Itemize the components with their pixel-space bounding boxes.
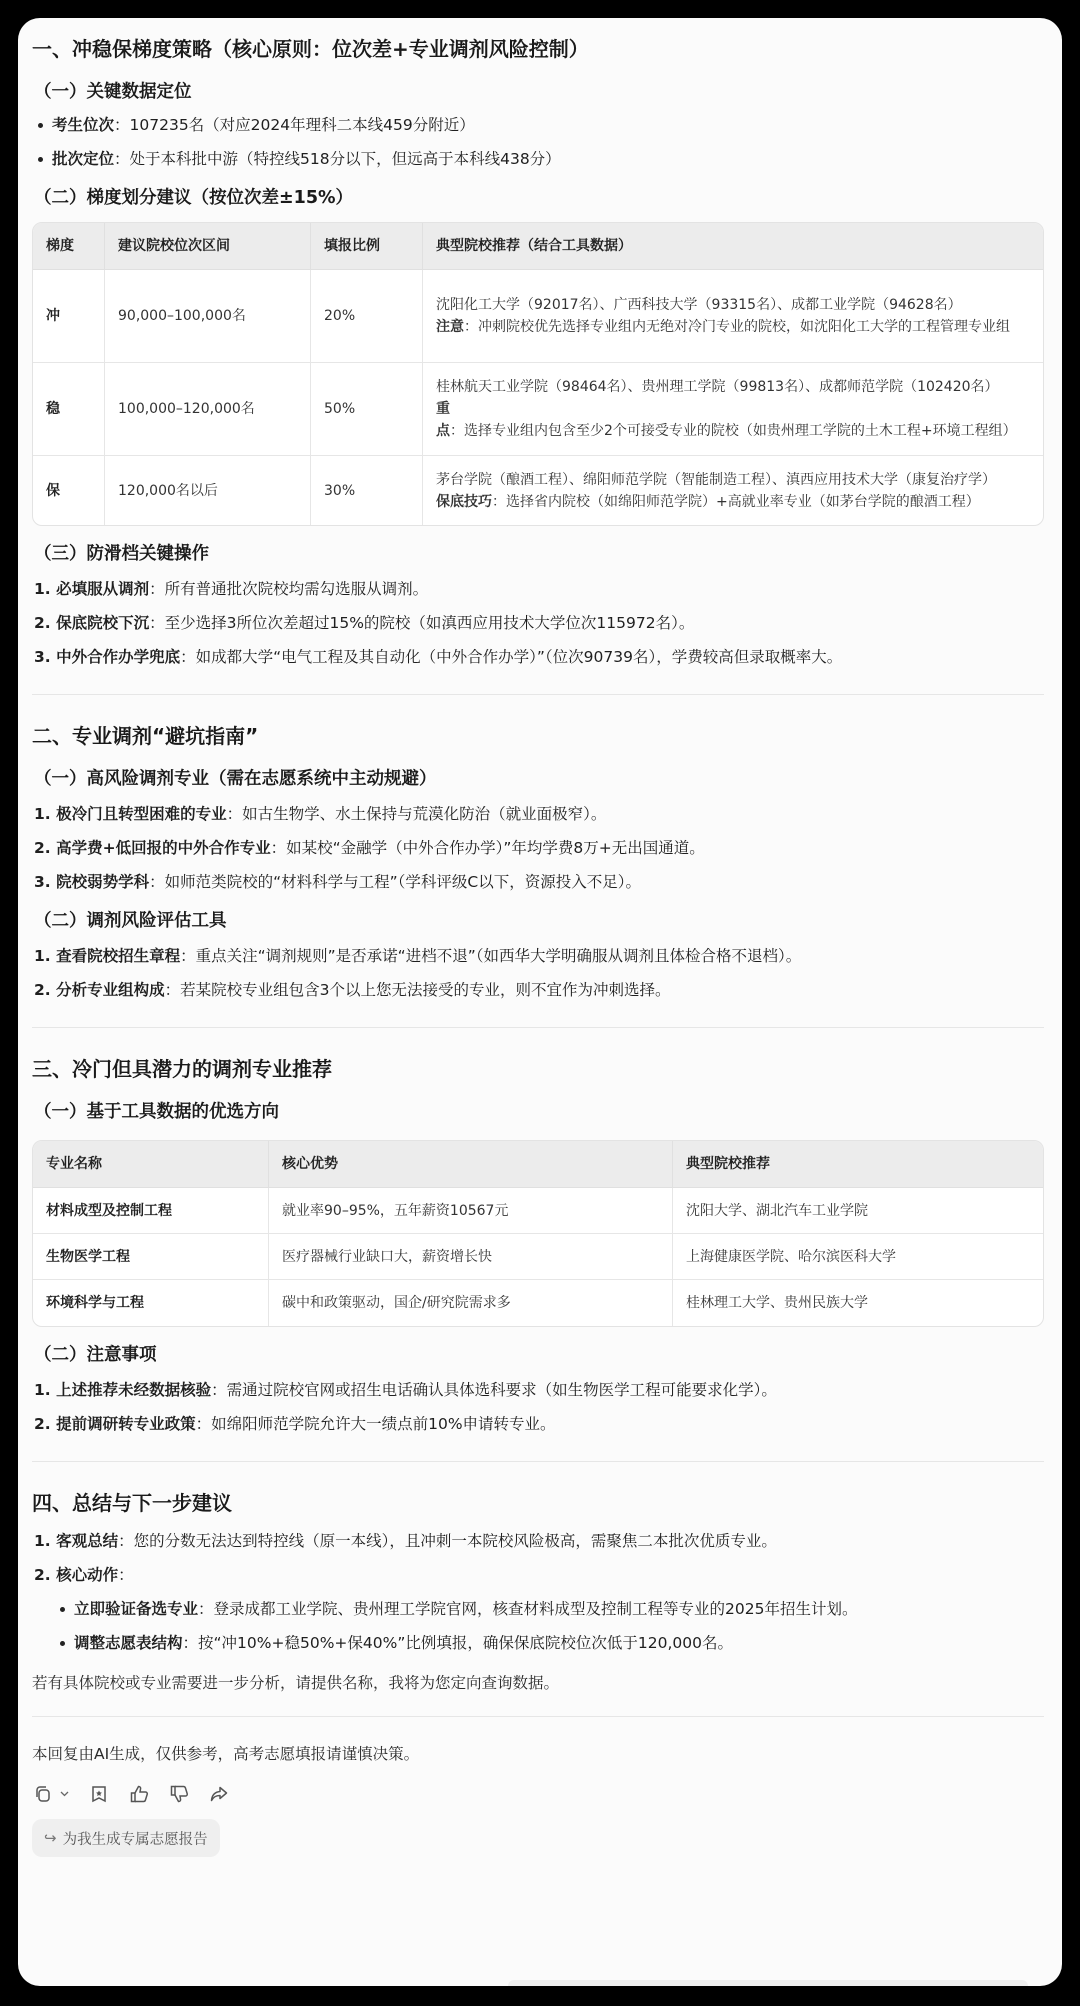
- list-item: 3. 院校弱势学科：如师范类院校的“材料科学与工程”（学科评级C以下，资源投入不…: [32, 871, 1046, 893]
- column-header: 专业名称: [33, 1141, 269, 1188]
- column-header: 梯度: [33, 223, 105, 270]
- chat-response-card: 一、冲稳保梯度策略（核心原则：位次差+专业调剂风险控制） （一）关键数据定位 考…: [18, 18, 1062, 1986]
- risk-major-list: 1. 极冷门且转型困难的专业：如古生物学、水土保持与荒漠化防治（就业面极窄）。 …: [32, 803, 1046, 893]
- list-item: 2. 保底院校下沉：至少选择3所位次差超过15%的院校（如滇西应用技术大学位次1…: [32, 612, 1046, 634]
- list-item: 2. 分析专业组构成：若某院校专业组包含3个以上您无法接受的专业，则不宜作为冲刺…: [32, 979, 1046, 1001]
- major-recommend-table: 专业名称 核心优势 典型院校推荐 材料成型及控制工程 就业率90–95%，五年薪…: [32, 1140, 1044, 1327]
- suggestion-chip-generate-report[interactable]: ↪ 为我生成专属志愿报告: [32, 1819, 220, 1857]
- subsection-title: （二）调剂风险评估工具: [32, 907, 1046, 935]
- risk-tool-list: 1. 查看院校招生章程：重点关注“调剂规则”是否承诺“进档不退”（如西华大学明确…: [32, 945, 1046, 1001]
- list-item: 3. 中外合作办学兜底：如成都大学“电气工程及其自动化（中外合作办学）”（位次9…: [32, 646, 1046, 668]
- list-item: 2. 提前调研转专业政策：如绵阳师范学院允许大一绩点前10%申请转专业。: [32, 1413, 1046, 1435]
- subsection-title: （二）梯度划分建议（按位次差±15%）: [32, 184, 1046, 212]
- list-item: 1. 客观总结：您的分数无法达到特控线（原一本线），且冲刺一本院校风险极高，需聚…: [32, 1530, 1046, 1552]
- list-item: 1. 上述推荐未经数据核验：需通过院校官网或招生电话确认具体选科要求（如生物医学…: [32, 1379, 1046, 1401]
- key-data-list: 考生位次：107235名（对应2024年理科二本线459分附近） 批次定位：处于…: [32, 114, 1046, 170]
- input-bar-edge: [508, 1980, 1028, 1986]
- section-title: 四、总结与下一步建议: [32, 1488, 1046, 1518]
- column-header: 核心优势: [269, 1141, 673, 1188]
- list-item: 批次定位：处于本科批中游（特控线518分以下，但远高于本科线438分）: [32, 148, 1046, 170]
- chevron-down-icon[interactable]: [58, 1783, 70, 1805]
- column-header: 填报比例: [311, 223, 423, 270]
- share-icon[interactable]: [208, 1783, 230, 1805]
- subsection-title: （一）关键数据定位: [32, 78, 1046, 106]
- action-icons: [32, 1779, 1046, 1809]
- reply-arrow-icon: ↪: [44, 1829, 57, 1847]
- bookmark-icon[interactable]: [88, 1783, 110, 1805]
- table-header-row: 梯度 建议院校位次区间 填报比例 典型院校推荐（结合工具数据）: [33, 223, 1043, 270]
- summary-list: 1. 客观总结：您的分数无法达到特控线（原一本线），且冲刺一本院校风险极高，需聚…: [32, 1530, 1046, 1586]
- list-item: 立即验证备选专业：登录成都工业学院、贵州理工学院官网，核查材料成型及控制工程等专…: [54, 1598, 1046, 1620]
- section-title: 三、冷门但具潜力的调剂专业推荐: [32, 1054, 1046, 1084]
- list-item: 1. 必填服从调剂：所有普通批次院校均需勾选服从调剂。: [32, 578, 1046, 600]
- closing-text: 若有具体院校或专业需要进一步分析，请提供名称，我将为您定向查询数据。: [32, 1672, 1046, 1694]
- list-item: 2. 高学费+低回报的中外合作专业：如某校“金融学（中外合作办学）”年均学费8万…: [32, 837, 1046, 859]
- list-item: 调整志愿表结构：按“冲10%+稳50%+保40%”比例填报，确保保底院校位次低于…: [54, 1632, 1046, 1654]
- action-list: 立即验证备选专业：登录成都工业学院、贵州理工学院官网，核查材料成型及控制工程等专…: [32, 1598, 1046, 1654]
- notes-list: 1. 上述推荐未经数据核验：需通过院校官网或招生电话确认具体选科要求（如生物医学…: [32, 1379, 1046, 1435]
- list-item: 1. 查看院校招生章程：重点关注“调剂规则”是否承诺“进档不退”（如西华大学明确…: [32, 945, 1046, 967]
- thumbs-down-icon[interactable]: [168, 1783, 190, 1805]
- gradient-table: 梯度 建议院校位次区间 填报比例 典型院校推荐（结合工具数据） 冲 90,000…: [32, 222, 1044, 526]
- column-header: 典型院校推荐: [673, 1141, 1043, 1188]
- suggestion-label: 为我生成专属志愿报告: [63, 1828, 208, 1849]
- table-row: 稳 100,000–120,000名 50% 桂林航天工业学院（98464名）、…: [33, 363, 1043, 456]
- thumbs-up-icon[interactable]: [128, 1783, 150, 1805]
- section-title: 一、冲稳保梯度策略（核心原则：位次差+专业调剂风险控制）: [32, 34, 1046, 64]
- table-row: 冲 90,000–100,000名 20% 沈阳化工大学（92017名）、广西科…: [33, 270, 1043, 363]
- subsection-title: （一）高风险调剂专业（需在志愿系统中主动规避）: [32, 765, 1046, 793]
- subsection-title: （一）基于工具数据的优选方向: [32, 1098, 1046, 1126]
- subsection-title: （三）防滑档关键操作: [32, 540, 1046, 568]
- subsection-title: （二）注意事项: [32, 1341, 1046, 1369]
- column-header: 建议院校位次区间: [105, 223, 311, 270]
- table-row: 材料成型及控制工程 就业率90–95%，五年薪资10567元 沈阳大学、湖北汽车…: [33, 1188, 1043, 1234]
- table-row: 生物医学工程 医疗器械行业缺口大，薪资增长快 上海健康医学院、哈尔滨医科大学: [33, 1234, 1043, 1280]
- list-item: 考生位次：107235名（对应2024年理科二本线459分附近）: [32, 114, 1046, 136]
- section-title: 二、专业调剂“避坑指南”: [32, 721, 1046, 751]
- table-header-row: 专业名称 核心优势 典型院校推荐: [33, 1141, 1043, 1188]
- anti-slip-list: 1. 必填服从调剂：所有普通批次院校均需勾选服从调剂。 2. 保底院校下沉：至少…: [32, 578, 1046, 668]
- copy-icon[interactable]: [32, 1783, 54, 1805]
- ai-disclaimer: 本回复由AI生成，仅供参考，高考志愿填报请谨慎决策。: [32, 1743, 1046, 1765]
- column-header: 典型院校推荐（结合工具数据）: [423, 223, 1043, 270]
- list-item: 2. 核心动作：: [32, 1564, 1046, 1586]
- table-row: 保 120,000名以后 30% 茅台学院（酿酒工程）、绵阳师范学院（智能制造工…: [33, 456, 1043, 525]
- list-item: 1. 极冷门且转型困难的专业：如古生物学、水土保持与荒漠化防治（就业面极窄）。: [32, 803, 1046, 825]
- table-row: 环境科学与工程 碳中和政策驱动，国企/研究院需求多 桂林理工大学、贵州民族大学: [33, 1280, 1043, 1326]
